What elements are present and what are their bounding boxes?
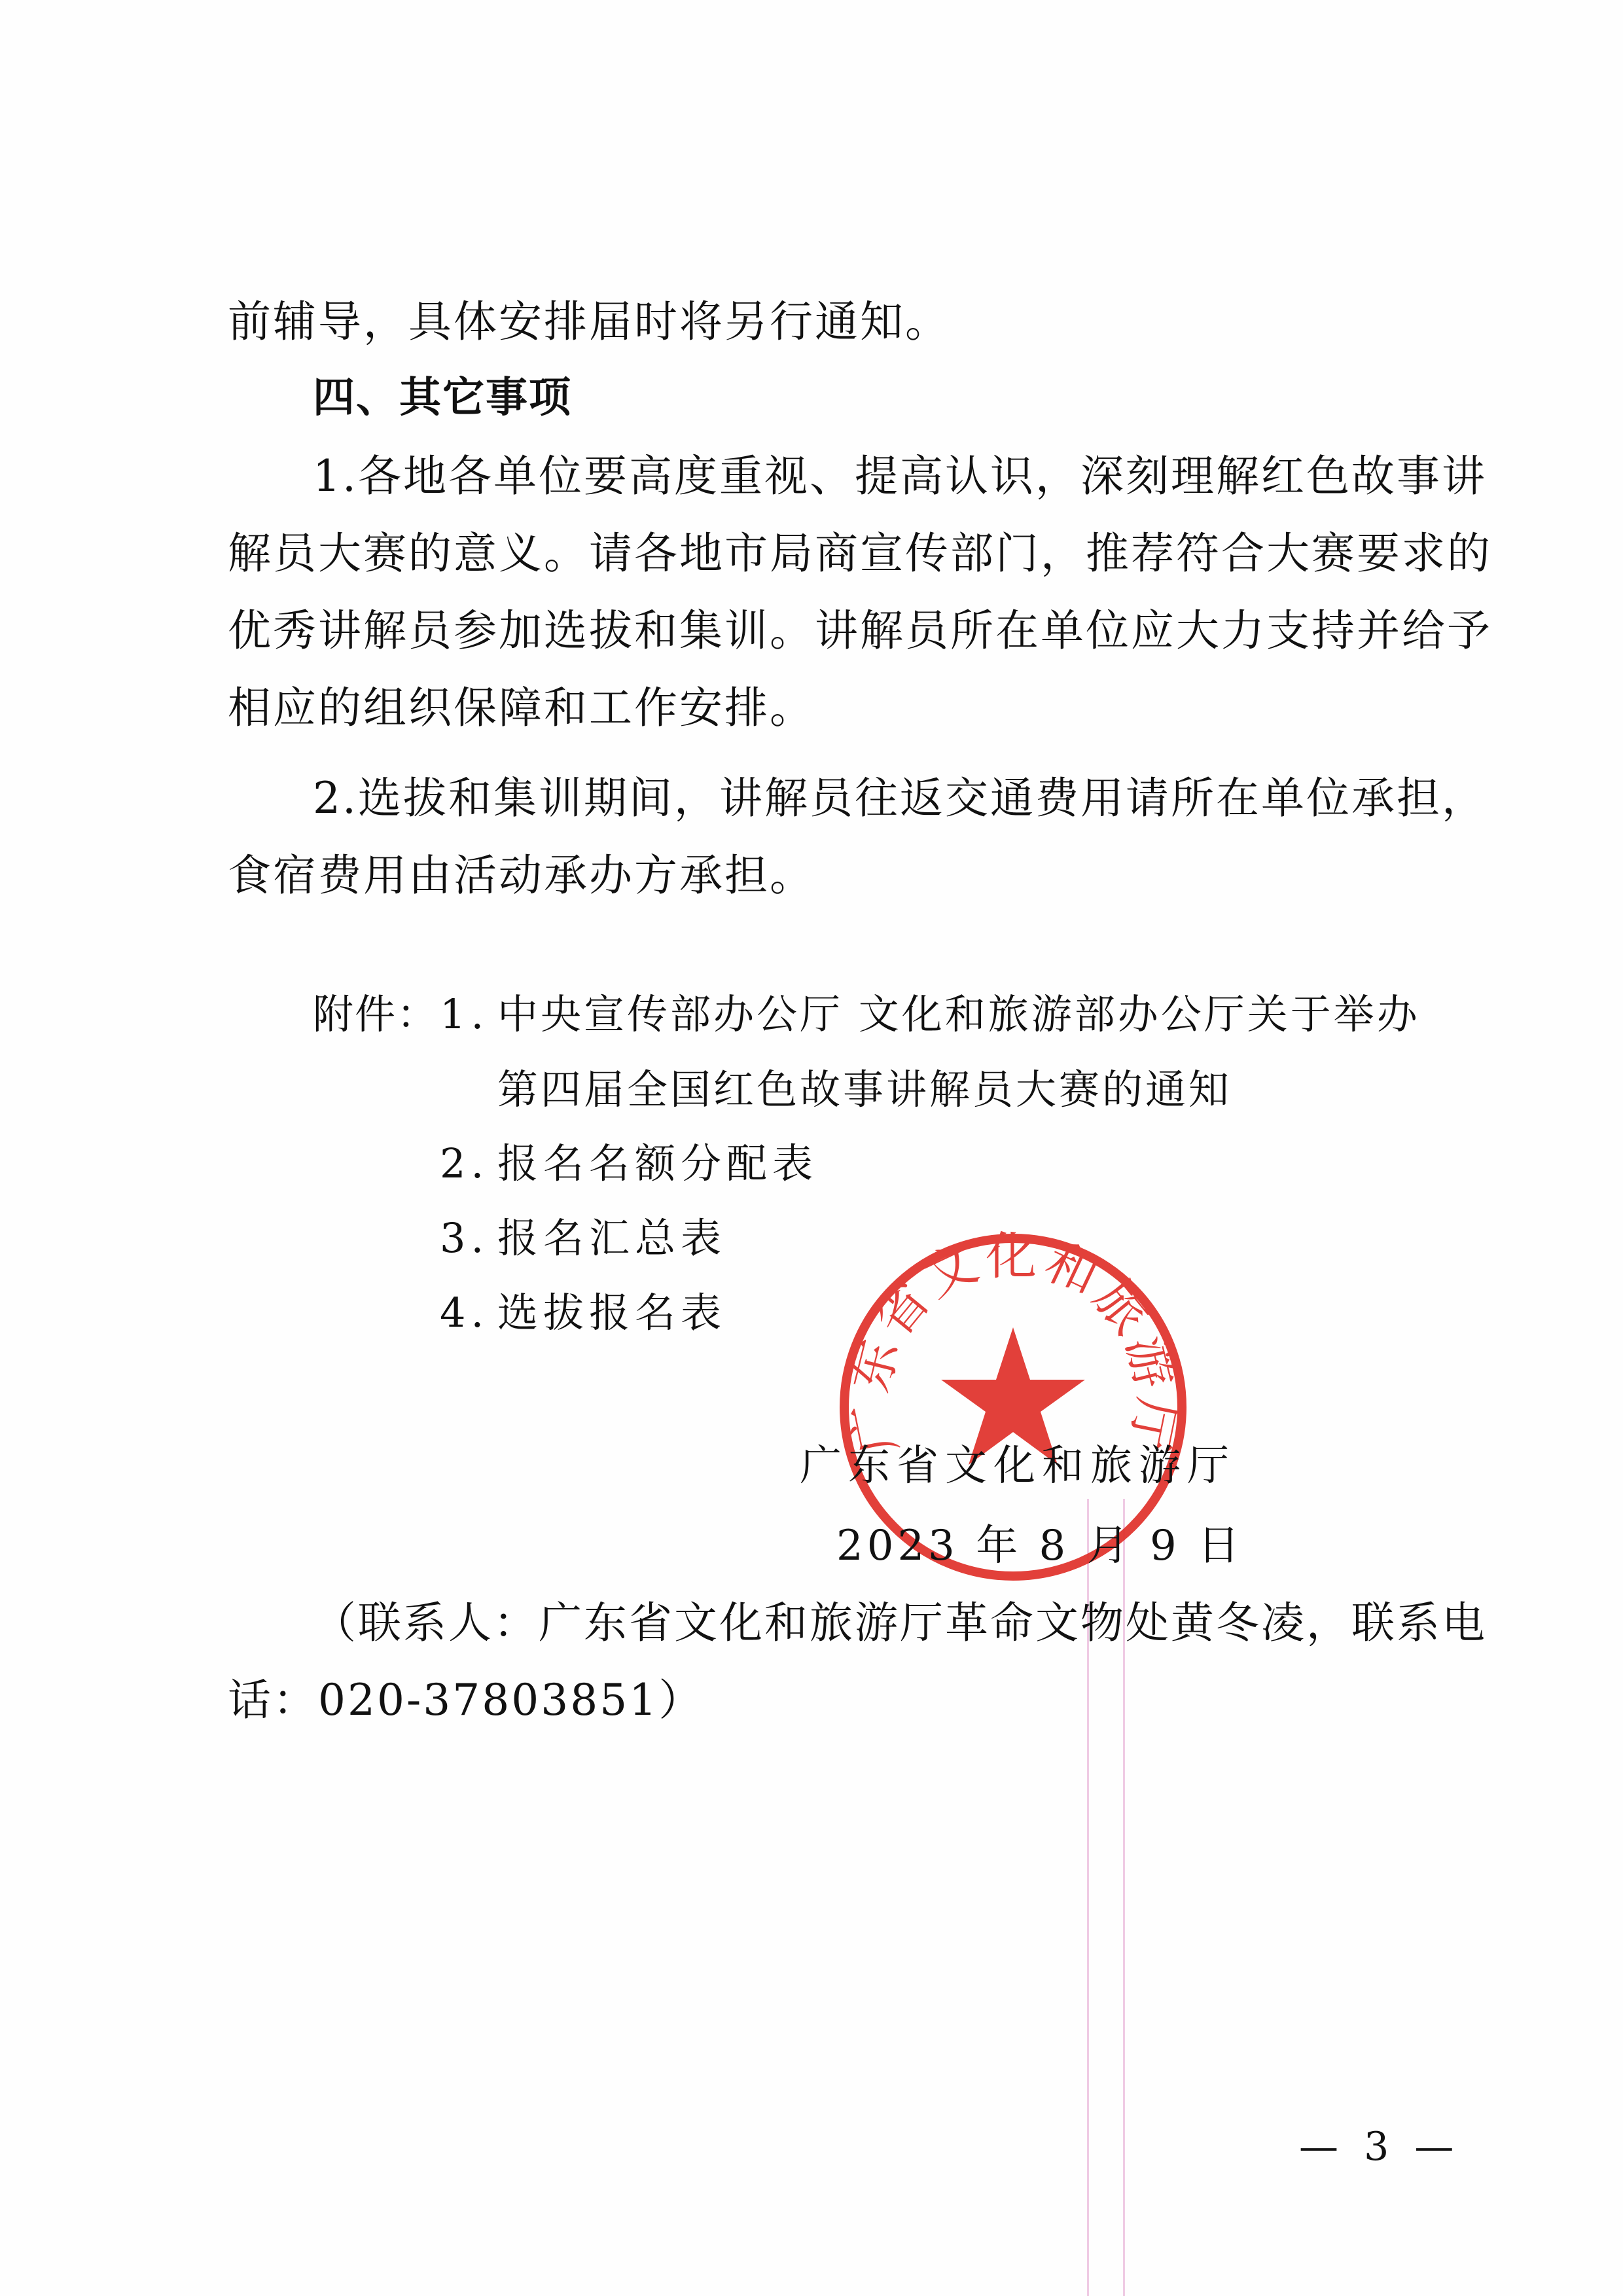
signature-organization: 广东省文化和旅游厅 (800, 1440, 1236, 1492)
attachment-1-title-line-1: 中央宣传部办公厅 文化和旅游部办公厅关于举办 (497, 988, 1420, 1041)
continuation-line: 前辅导，具体安排届时将另行通知。 (228, 296, 950, 348)
attachment-1-num: 1. (440, 988, 489, 1041)
section-heading: 四、其它事项 (313, 372, 572, 424)
signature-date: 2023 年 8 月 9 日 (836, 1520, 1243, 1572)
seal-text: 广东省文化和旅游厅 (840, 1230, 1186, 1459)
attachment-2-title: 报名名额分配表 (497, 1138, 818, 1190)
attachment-2-num: 2. (440, 1138, 489, 1190)
item-1-line-3: 优秀讲解员参加选拔和集训。讲解员所在单位应大力支持并给予 (228, 605, 1419, 657)
attachment-3-num: 3. (440, 1212, 489, 1265)
item-1-line-4: 相应的组织保障和工作安排。 (228, 682, 815, 734)
page-number: — 3 — (1299, 2121, 1460, 2173)
item-2-line-1: 2.选拔和集训期间，讲解员往返交通费用请所在单位承担， (313, 772, 1425, 825)
contact-line-1: （联系人：广东省文化和旅游厅革命文物处黄冬凌，联系电 (313, 1597, 1425, 1649)
contact-line-2: 话：020-37803851） (228, 1674, 704, 1727)
document-page: 前辅导，具体安排届时将另行通知。 四、其它事项 1.各地各单位要高度重视、提高认… (0, 0, 1623, 2296)
attachment-3-title: 报名汇总表 (497, 1212, 726, 1265)
attachment-1-title-line-2: 第四届全国红色故事讲解员大赛的通知 (497, 1064, 1232, 1116)
attachments-label: 附件： (313, 988, 438, 1041)
item-2-line-2: 食宿费用由活动承办方承担。 (228, 850, 815, 902)
item-1-line-1: 1.各地各单位要高度重视、提高认识，深刻理解红色故事讲 (313, 450, 1419, 503)
attachment-4-title: 选拔报名表 (497, 1287, 726, 1339)
item-1-line-2: 解员大赛的意义。请各地市局商宣传部门，推荐符合大赛要求的 (228, 528, 1419, 580)
attachment-4-num: 4. (440, 1287, 489, 1339)
